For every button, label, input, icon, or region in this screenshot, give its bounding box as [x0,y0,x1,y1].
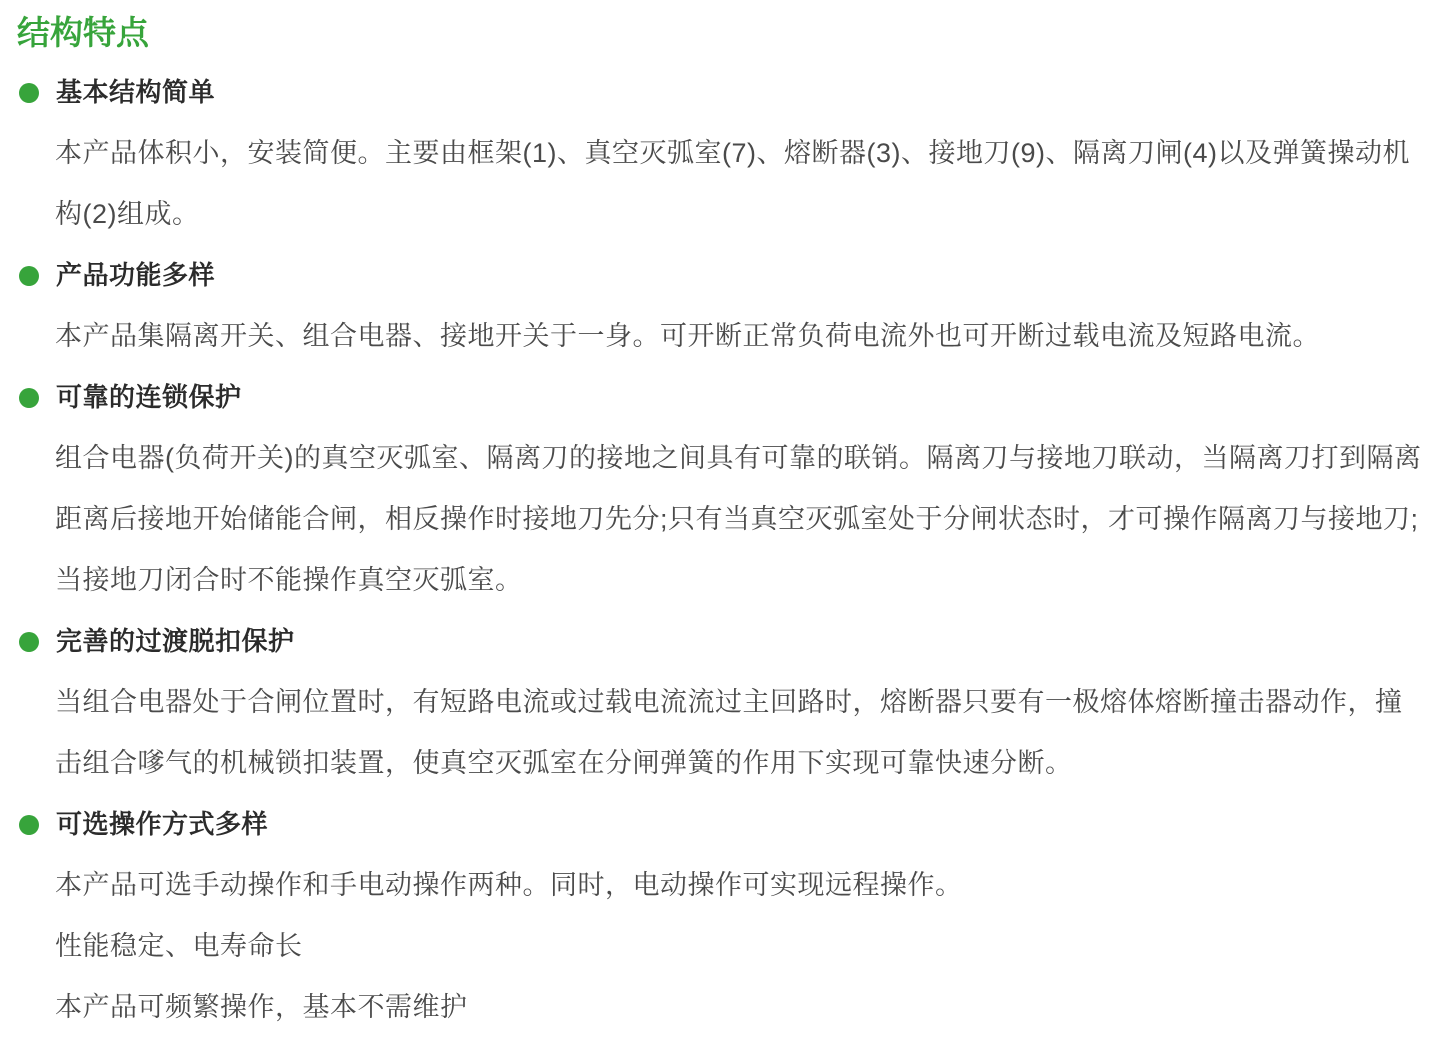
section-heading-row: 完善的过渡脱扣保护 [17,611,1428,672]
section-heading-row: 产品功能多样 [17,245,1428,306]
feature-section-trip-protection: 完善的过渡脱扣保护 当组合电器处于合闸位置时，有短路电流或过载电流流过主回路时，… [17,611,1428,794]
feature-section-operation-modes: 可选操作方式多样 本产品可选手动操作和手电动操作两种。同时，电动操作可实现远程操… [17,794,1428,1038]
section-paragraph: 性能稳定、电寿命长 [55,916,1428,977]
section-paragraph: 当组合电器处于合闸位置时，有短路电流或过载电流流过主回路时，熔断器只要有一极熔体… [55,672,1428,794]
section-heading: 基本结构简单 [56,62,215,123]
section-paragraph: 本产品可选手动操作和手电动操作两种。同时，电动操作可实现远程操作。 [55,855,1428,916]
structural-features-document: 结构特点 基本结构简单 本产品体积小，安装简便。主要由框架(1)、真空灭弧室(7… [0,0,1440,1062]
section-heading: 可选操作方式多样 [56,794,268,855]
feature-section-basic-structure: 基本结构简单 本产品体积小，安装简便。主要由框架(1)、真空灭弧室(7)、熔断器… [17,62,1428,245]
bullet-icon [19,815,39,835]
feature-section-multi-function: 产品功能多样 本产品集隔离开关、组合电器、接地开关于一身。可开断正常负荷电流外也… [17,245,1428,367]
section-heading-row: 基本结构简单 [17,62,1428,123]
section-heading-row: 可靠的连锁保护 [17,367,1428,428]
bullet-icon [19,266,39,286]
bullet-icon [19,83,39,103]
page-title: 结构特点 [17,10,1428,56]
section-paragraph: 本产品集隔离开关、组合电器、接地开关于一身。可开断正常负荷电流外也可开断过载电流… [55,306,1428,367]
section-paragraph: 组合电器(负荷开关)的真空灭弧室、隔离刀的接地之间具有可靠的联销。隔离刀与接地刀… [55,428,1428,611]
bullet-icon [19,388,39,408]
section-paragraph: 本产品可频繁操作，基本不需维护 [55,977,1428,1038]
section-heading-row: 可选操作方式多样 [17,794,1428,855]
bullet-icon [19,632,39,652]
section-heading: 产品功能多样 [56,245,215,306]
section-heading: 可靠的连锁保护 [56,367,242,428]
section-paragraph: 本产品体积小，安装简便。主要由框架(1)、真空灭弧室(7)、熔断器(3)、接地刀… [55,123,1428,245]
feature-section-interlock-protection: 可靠的连锁保护 组合电器(负荷开关)的真空灭弧室、隔离刀的接地之间具有可靠的联销… [17,367,1428,611]
section-heading: 完善的过渡脱扣保护 [56,611,295,672]
